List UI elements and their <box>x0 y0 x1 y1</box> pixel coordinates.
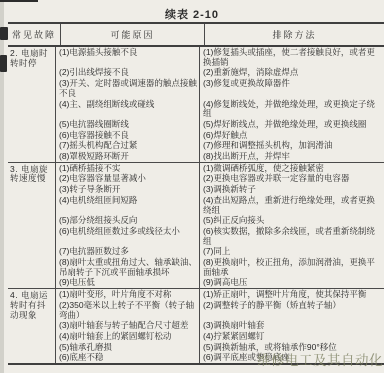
cause-cell: (1)硒桥插接不实 <box>56 163 200 174</box>
cause-cell: (6)电容器接触不良 <box>56 130 200 141</box>
cause-cell: (9)电压低 <box>56 277 200 288</box>
cause-remedy-pair: (4)主、副绕组断线或碰线 (4)修复断线处，并做绝缘处理，或更换定子绕组 <box>56 99 384 119</box>
cause-remedy-pair: (6)电机绕组匝数过多或线径太小 (6)核实数据，撤除多余线匝，或者重新绕制绕组 <box>56 226 384 246</box>
fault-cell: 4. 电扇运转时有抖动现象 <box>8 289 56 363</box>
scan-artifact <box>0 55 7 72</box>
cause-cell: (2)350毫米以上转子不平衡（转子轴弯曲） <box>56 300 200 320</box>
remedy-cell: (4)修复断线处，并做绝缘处理，或更换定子绕组 <box>200 99 384 119</box>
cause-cell: (2)电容器容量显著减小 <box>56 173 200 184</box>
cause-cell: (3)扇叶轴套与转子轴配合尺寸超差 <box>56 320 200 331</box>
cause-remedy-pair: (6)电容器接触不良 (6)焊好触点 <box>56 130 384 141</box>
cause-cell: (5)轴承孔磨损 <box>56 342 200 353</box>
cause-remedy-pair: (8)扇叶太重或扭角过大、轴承缺油、吊扇转子下沉或平面轴承损坏 (8)更换扇叶，… <box>56 257 384 277</box>
scan-artifact <box>0 0 38 2</box>
header-cell-remedy: 排除方法 <box>205 24 384 45</box>
table-header: 常见故障 可能原因 排除方法 <box>8 24 384 47</box>
cause-cell: (8)罩极短路环断开 <box>56 151 200 162</box>
remedy-cell: (3)调换扇叶轴套 <box>200 320 384 331</box>
remedy-cell: (2)重新施焊，消除虚焊点 <box>200 67 384 78</box>
remedy-cell: (3)调换新转子 <box>200 184 384 195</box>
cause-remedy-list: (1)电源插头接触不良 (1)修复插头或插座，使二者接触良好，或者更换插销 (2… <box>56 47 384 162</box>
cause-cell: (1)扇叶变形，叶片角度不对称 <box>56 289 200 300</box>
remedy-cell: (9)调高电压 <box>200 277 384 288</box>
remedy-cell: (3)修复或更换故障器件 <box>200 78 384 98</box>
cause-remedy-pair: (8)罩极短路环断开 (8)找出断开点，并焊牢 <box>56 151 384 162</box>
cause-cell: (5)电抗器线圈断线 <box>56 119 200 130</box>
cause-cell: (8)扇叶太重或扭角过大、轴承缺油、吊扇转子下沉或平面轴承损坏 <box>56 257 200 277</box>
remedy-cell: (6)核实数据，撤除多余线匝，或者重新绕制绕组 <box>200 226 384 246</box>
cause-remedy-pair: (5)电抗器线圈断线 (5)焊好断线点，并做绝缘处理，或更换线圈 <box>56 119 384 130</box>
cause-remedy-pair: (3)转子导条断开 (3)调换新转子 <box>56 184 384 195</box>
scan-artifact <box>0 27 8 40</box>
cause-remedy-pair: (3)扇叶轴套与转子轴配合尺寸超差 (3)调换扇叶轴套 <box>56 320 384 331</box>
cause-cell: (3)转子导条断开 <box>56 184 200 195</box>
cause-remedy-pair: (1)硒桥插接不实 (1)微调硒桥弧度，使之接触紧密 <box>56 163 384 174</box>
cause-cell: (7)摇头机构配合过紧 <box>56 140 200 151</box>
cause-cell: (5)部分绕组接头反向 <box>56 215 200 226</box>
cause-remedy-pair: (2)电容器容量显著减小 (2)更换电容器或并联一定容量的电容器 <box>56 173 384 184</box>
cause-remedy-pair: (7)电抗器匝数过多 (7)同上 <box>56 246 384 257</box>
cause-cell: (3)开关、定时器或调速器的触点接触不良 <box>56 78 200 98</box>
remedy-cell: (5)焊好断线点，并做绝缘处理，或更换线圈 <box>200 119 384 130</box>
header-cell-fault: 常见故障 <box>8 24 61 45</box>
cause-remedy-pair: (4)电机绕组匝间短路 (4)查出短路点，重新进行绝缘处理，或者更换绕组 <box>56 195 384 215</box>
cause-cell: (4)扇叶轴套上的紧固螺钉松动 <box>56 331 200 342</box>
cause-cell: (4)电机绕组匝间短路 <box>56 195 200 215</box>
cause-remedy-pair: (3)开关、定时器或调速器的触点接触不良 (3)修复或更换故障器件 <box>56 78 384 98</box>
fault-table: 常见故障 可能原因 排除方法 2. 电扇时转时停 (1)电源插头接触不良 (1)… <box>8 22 384 365</box>
cause-remedy-pair: (5)部分绕组接头反向 (5)纠正反向接头 <box>56 215 384 226</box>
fault-cell: 2. 电扇时转时停 <box>8 47 56 162</box>
table-row: 3. 电扇旋转速度慢 (1)硒桥插接不实 (1)微调硒桥弧度，使之接触紧密 (2… <box>8 163 384 289</box>
remedy-cell: (8)找出断开点，并焊牢 <box>200 151 384 162</box>
remedy-cell: (7)同上 <box>200 246 384 257</box>
remedy-cell: (2)更换电容器或并联一定容量的电容器 <box>200 173 384 184</box>
remedy-cell: (4)拧紧紧固螺钉 <box>200 331 384 342</box>
remedy-cell: (7)修理和调整摇头机构，加润滑油 <box>200 140 384 151</box>
cause-cell: (1)电源插头接触不良 <box>56 47 200 67</box>
cause-cell: (4)主、副绕组断线或碰线 <box>56 99 200 119</box>
remedy-cell: (6)焊好触点 <box>200 130 384 141</box>
cause-remedy-pair: (1)电源插头接触不良 (1)修复插头或插座，使二者接触良好，或者更换插销 <box>56 47 384 67</box>
table-row: 2. 电扇时转时停 (1)电源插头接触不良 (1)修复插头或插座，使二者接触良好… <box>8 47 384 163</box>
page-title: 续表 2-10 <box>0 0 384 22</box>
fault-cell: 3. 电扇旋转速度慢 <box>8 163 56 288</box>
remedy-cell: (2)调整转子的静平衡（矫直转子轴） <box>200 300 384 320</box>
cause-remedy-pair: (4)扇叶轴套上的紧固螺钉松动 (4)拧紧紧固螺钉 <box>56 331 384 342</box>
cause-cell: (6)底座不稳 <box>56 352 200 363</box>
cause-cell: (6)电机绕组匝数过多或线径太小 <box>56 226 200 246</box>
remedy-cell: (5)纠正反向接头 <box>200 215 384 226</box>
remedy-cell: (1)微调硒桥弧度，使之接触紧密 <box>200 163 384 174</box>
watermark: 维修电工及其自动化 <box>257 349 383 369</box>
cause-remedy-pair: (9)电压低 (9)调高电压 <box>56 277 384 288</box>
remedy-cell: (8)更换扇叶，校正扭角，添加润滑油，更换平面轴承 <box>200 257 384 277</box>
remedy-cell: (1)修复插头或插座，使二者接触良好，或者更换插销 <box>200 47 384 67</box>
cause-remedy-list: (1)硒桥插接不实 (1)微调硒桥弧度，使之接触紧密 (2)电容器容量显著减小 … <box>56 163 384 288</box>
cause-remedy-pair: (7)摇头机构配合过紧 (7)修理和调整摇头机构，加润滑油 <box>56 140 384 151</box>
cause-remedy-pair: (2)引出线焊接不良 (2)重新施焊，消除虚焊点 <box>56 67 384 78</box>
cause-remedy-pair: (1)扇叶变形，叶片角度不对称 (1)矫正扇叶，调整叶片角度，使其保持平衡 <box>56 289 384 300</box>
header-cell-cause: 可能原因 <box>61 24 205 45</box>
cause-cell: (2)引出线焊接不良 <box>56 67 200 78</box>
cause-remedy-pair: (2)350毫米以上转子不平衡（转子轴弯曲） (2)调整转子的静平衡（矫直转子轴… <box>56 300 384 320</box>
remedy-cell: (1)矫正扇叶，调整叶片角度，使其保持平衡 <box>200 289 384 300</box>
remedy-cell: (4)查出短路点，重新进行绝缘处理，或者更换绕组 <box>200 195 384 215</box>
cause-cell: (7)电抗器匝数过多 <box>56 246 200 257</box>
